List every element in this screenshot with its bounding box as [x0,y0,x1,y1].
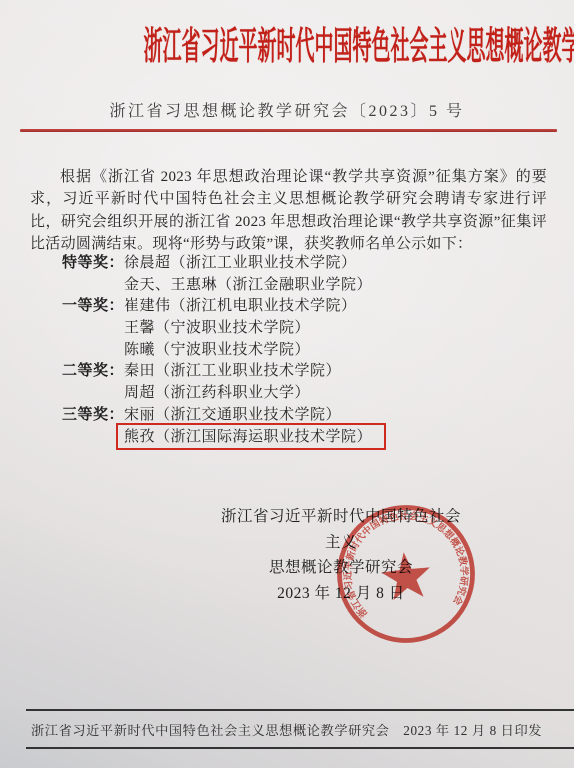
award-rank-label: 二等奖： [62,359,124,380]
award-row-highlighted: 熊孜（浙江国际海运职业技术学院） [62,425,544,447]
award-row: 周超（浙江药科职业大学） [62,381,544,403]
signature-org-line2: 思想概论教学研究会 [220,555,462,581]
document-number: 浙江省习思想概论教学研究会〔2023〕5 号 [0,98,574,121]
signature-block: 浙江省习近平新时代中国特色社会主义 思想概论教学研究会 2023 年 12 月 … [220,504,462,606]
award-rank-label: 特等奖： [62,251,124,272]
award-rank-label: 一等奖： [62,294,124,315]
signature-org-line1: 浙江省习近平新时代中国特色社会主义 [220,504,462,555]
body-paragraph: 根据《浙江省 2023 年思想政治理论课“教学共享资源”征集方案》的要求，习近平… [30,166,547,255]
award-winner-highlighted: 熊孜（浙江国际海运职业技术学院） [116,423,386,450]
award-row: 陈曦（宁波职业技术学院） [62,338,544,360]
award-row: 特等奖： 徐晨超（浙江工业职业技术学院） [62,251,544,273]
award-winner: 王馨（宁波职业技术学院） [124,316,310,337]
award-winner: 徐晨超（浙江工业职业技术学院） [124,251,357,272]
signature-date: 2023 年 12 月 8 日 [220,581,462,607]
award-row: 一等奖： 崔建伟（浙江机电职业技术学院） [62,294,544,316]
footer-imprint: 浙江省习近平新时代中国特色社会主义思想概论教学研究会 2023 年 12 月 8… [26,709,574,749]
award-winner: 陈曦（宁波职业技术学院） [124,338,310,359]
award-winner: 崔建伟（浙江机电职业技术学院） [124,294,357,315]
award-row: 三等奖： 宋丽（浙江交通职业技术学院） [62,403,544,425]
award-winner: 金天、王惠琳（浙江金融职业学院） [124,273,372,294]
award-row: 金天、王惠琳（浙江金融职业学院） [62,273,544,295]
award-winner: 周超（浙江药科职业大学） [124,381,310,402]
award-row: 二等奖： 秦田（浙江工业职业技术学院） [62,359,544,381]
award-row: 王馨（宁波职业技术学院） [62,316,544,338]
red-divider [20,129,557,132]
document-page: 浙江省习近平新时代中国特色社会主义思想概论教学研究会文件 浙江省习思想概论教学研… [0,0,574,768]
award-list: 特等奖： 徐晨超（浙江工业职业技术学院） 金天、王惠琳（浙江金融职业学院） 一等… [62,251,544,446]
award-winner: 秦田（浙江工业职业技术学院） [124,359,341,380]
award-rank-label: 三等奖： [62,403,124,424]
award-winner: 宋丽（浙江交通职业技术学院） [124,403,341,424]
document-title: 浙江省习近平新时代中国特色社会主义思想概论教学研究会文件 [144,15,431,70]
